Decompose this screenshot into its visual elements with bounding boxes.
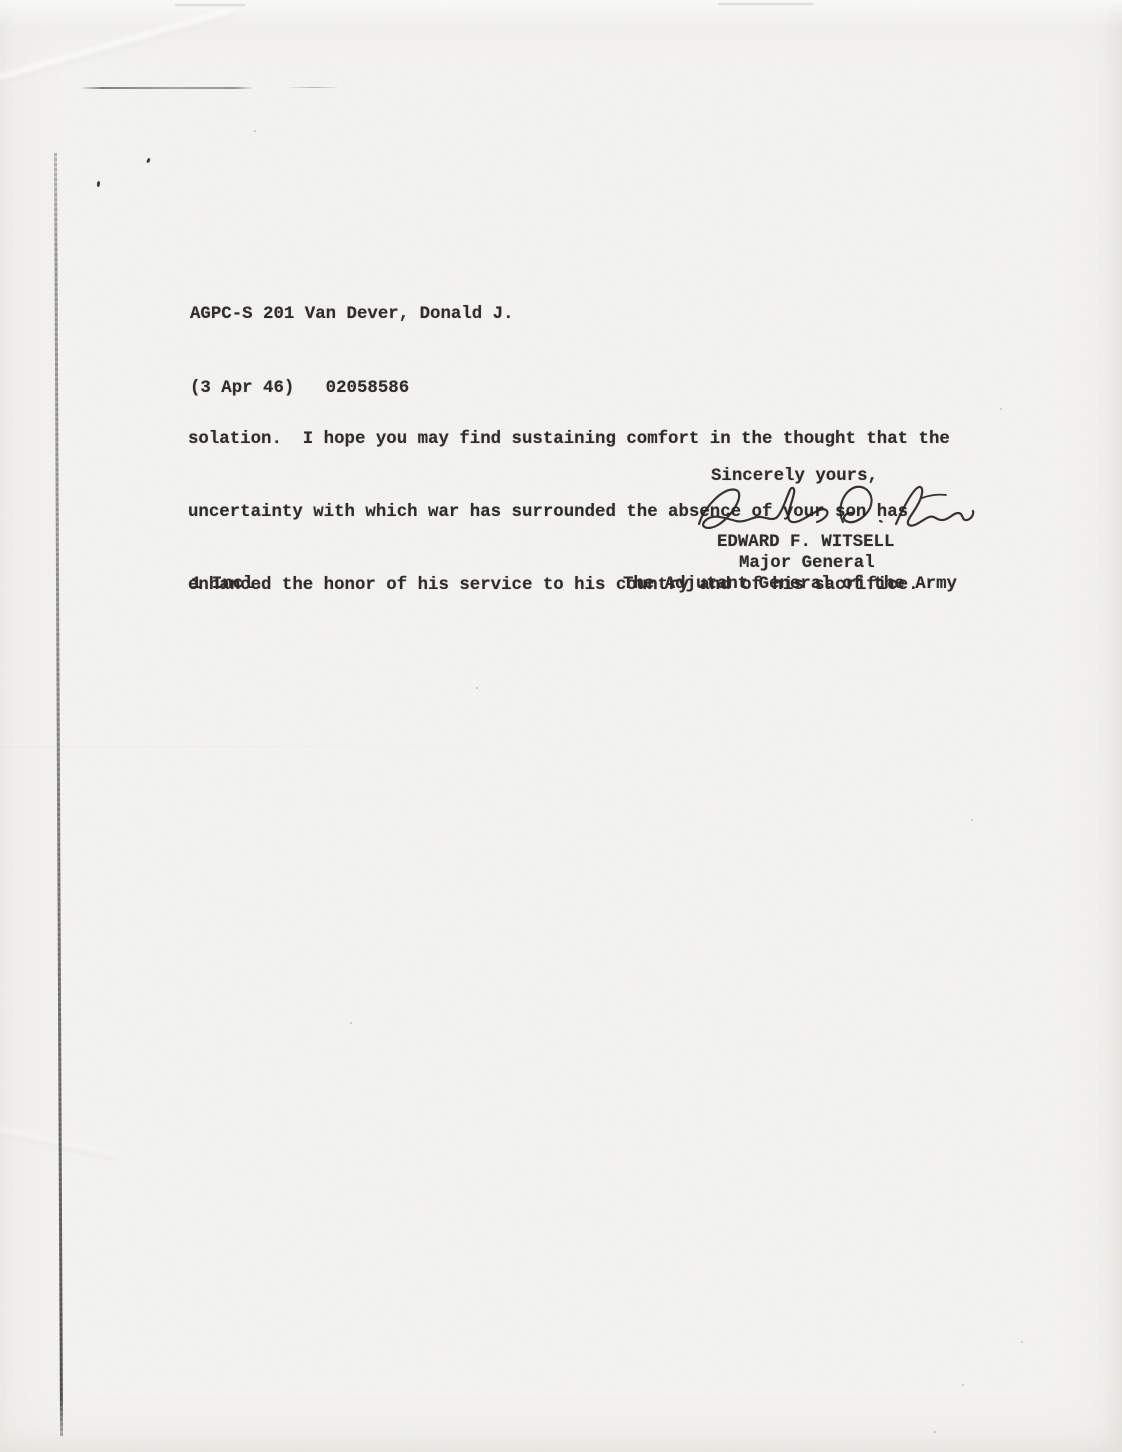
scan-binder-streak-line <box>54 153 63 1436</box>
signer-typed-name: EDWARD F. WITSELL <box>717 532 894 554</box>
signer-rank: Major General <box>739 553 875 575</box>
enclosure-note: 1 Incl. <box>191 574 264 596</box>
dust-speck <box>1000 408 1002 410</box>
paper-grain-texture <box>0 0 1122 1452</box>
top-edge-smudge <box>718 3 813 5</box>
dust-speck <box>254 130 256 132</box>
faint-pencil-dash-long <box>82 87 252 89</box>
dust-speck <box>476 687 478 689</box>
dust-speck <box>1021 1341 1023 1343</box>
reference-line-file-number: AGPC-S 201 Van Dever, Donald J. <box>190 303 514 328</box>
dust-speck <box>962 1384 964 1386</box>
ink-fleck <box>146 158 151 164</box>
top-edge-smudge <box>175 4 245 6</box>
dust-speck <box>971 819 973 821</box>
paper-crease-middle <box>0 744 480 748</box>
dust-speck <box>934 1431 936 1433</box>
signer-title: The Adjutant General of the Army <box>623 574 957 596</box>
paper-crease-bottom-left <box>0 1125 115 1161</box>
ink-fleck <box>97 181 101 187</box>
dust-speck <box>350 1022 352 1024</box>
body-line-1: solation. I hope you may find sustaining… <box>188 428 950 452</box>
faint-pencil-dash-short <box>290 87 338 88</box>
scanned-letter-page: AGPC-S 201 Van Dever, Donald J. (3 Apr 4… <box>0 0 1122 1452</box>
